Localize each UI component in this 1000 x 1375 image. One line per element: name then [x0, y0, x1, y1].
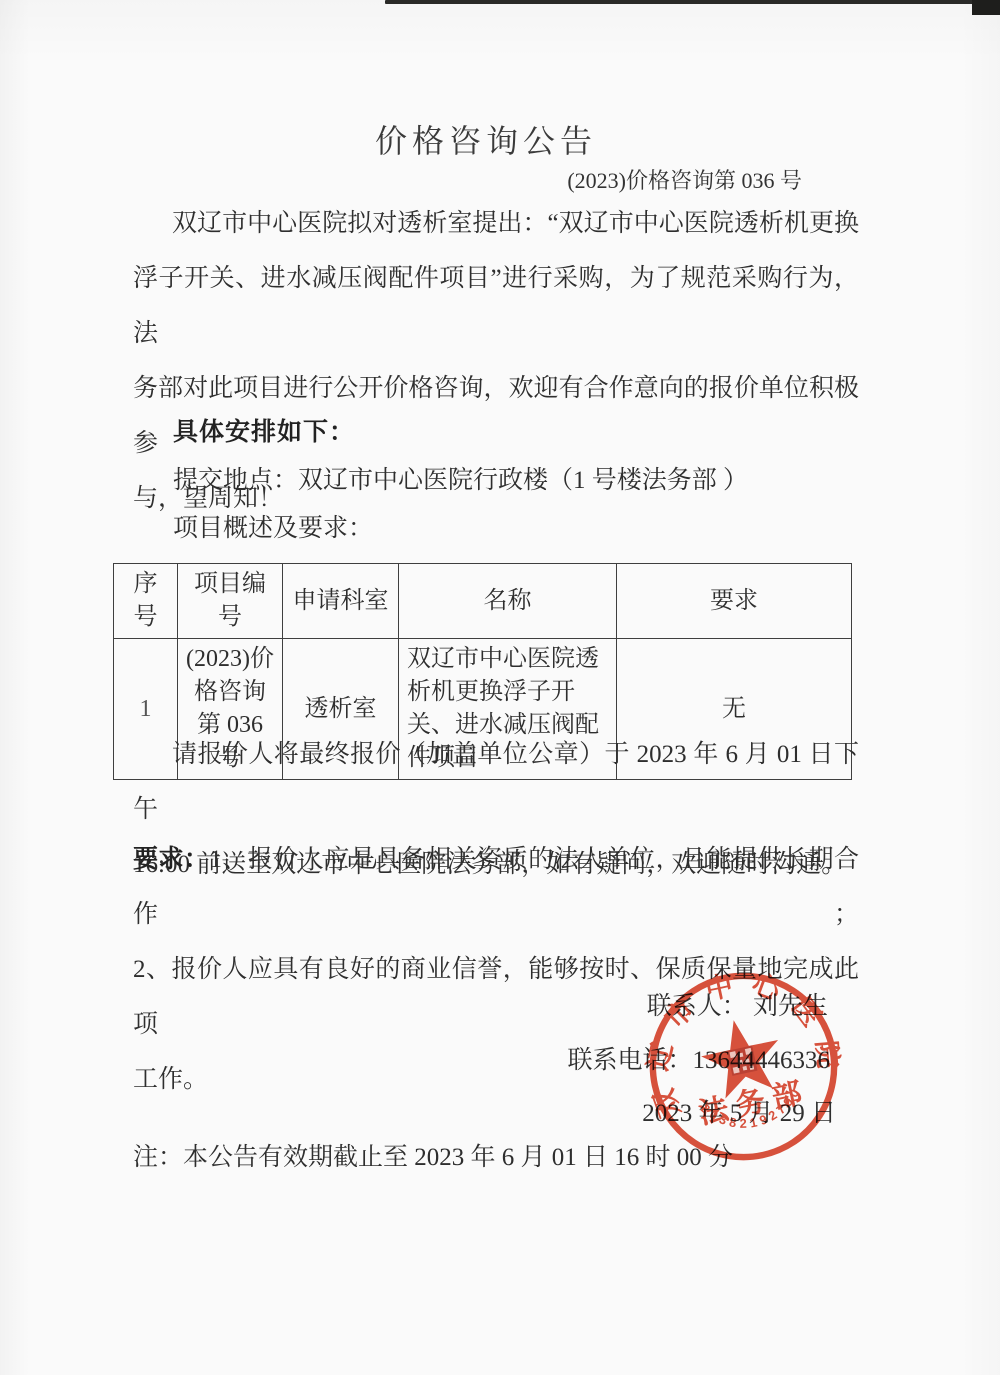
footnote: 注：本公告有效期截止至 2023 年 6 月 01 日 16 时 00 分	[133, 1130, 733, 1185]
requirements-line-1: 要求：1、报价人应是具备相关资质的法人单位，且能提供长期合作；	[133, 832, 859, 942]
submit-location: 提交地点：双辽市中心医院行政楼（1 号楼法务部 ）	[173, 453, 748, 508]
document-number: (2023)价格咨询第 036 号	[567, 164, 802, 195]
overview-heading: 项目概述及要求：	[173, 501, 373, 556]
signature-date: 2023 年 5 月 29 日	[642, 1093, 836, 1129]
intro-line-1: 双辽市中心医院拟对透析室提出：“双辽市中心医院透析机更换	[133, 196, 859, 251]
contact-person: 联系人： 刘先生	[647, 986, 828, 1022]
header-project-number: 项目编号	[178, 564, 283, 639]
header-index: 序号	[114, 564, 178, 639]
requirements-label: 要求：	[133, 845, 209, 873]
contact-phone: 联系电话：13644446336	[567, 1040, 830, 1076]
arrangement-heading: 具体安排如下：	[173, 405, 355, 460]
page-title: 价格咨询公告	[0, 116, 972, 162]
deadline-line-1: 请报价人将最终报价（加盖单位公章）于 2023 年 6 月 01 日下午	[133, 727, 859, 837]
header-name: 名称	[399, 564, 617, 639]
table-header-row: 序号 项目编号 申请科室 名称 要求	[114, 564, 852, 639]
requirements-line-1-text: 1、报价人应是具备相关资质的法人单位，且能提供长期合作；	[133, 846, 859, 928]
header-requirement: 要求	[617, 564, 852, 639]
scan-corner-artifact	[972, 0, 1000, 15]
header-department: 申请科室	[283, 564, 399, 639]
scan-edge-artifact	[385, 0, 1000, 4]
intro-line-2: 浮子开关、进水减压阀配件项目”进行采购，为了规范采购行为，法	[133, 251, 859, 361]
